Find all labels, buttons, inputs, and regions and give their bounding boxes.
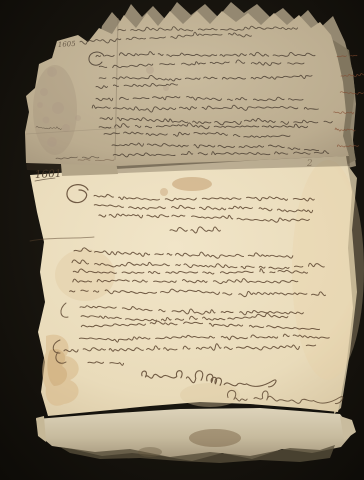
warm-shading-right: [292, 160, 364, 380]
stain-top-small: [160, 188, 168, 196]
pile-stain-large: [189, 429, 241, 447]
photograph-of-manuscripts: 1605 1601 2: [0, 0, 364, 480]
pile-stain-small: [138, 447, 162, 457]
stain-bottom-center: [180, 383, 240, 407]
year-label-main-sheet: 1601: [35, 168, 62, 181]
stain-mid-left: [55, 249, 115, 301]
folio-number: 2: [306, 159, 313, 169]
year-label-top-sheet: 1605: [58, 40, 77, 49]
stain-top-center: [172, 177, 212, 191]
manuscript-scene: 1605 1601 2: [0, 0, 364, 480]
